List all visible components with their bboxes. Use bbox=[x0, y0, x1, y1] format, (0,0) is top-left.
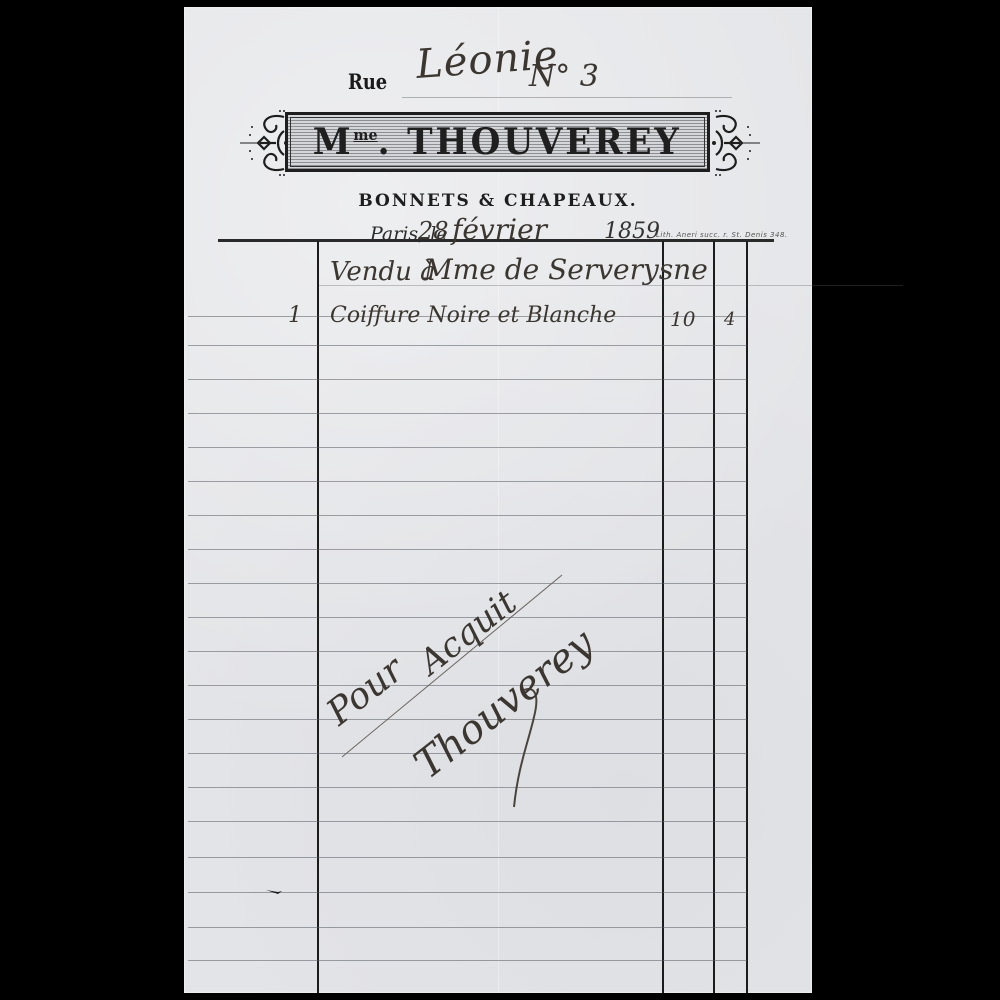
merchant-name: Mme. THOUVEREY bbox=[313, 121, 682, 163]
street-number-handwritten: N° 3 bbox=[529, 59, 599, 94]
street-rule bbox=[402, 97, 732, 98]
ruled-line bbox=[188, 345, 747, 346]
ruled-line bbox=[188, 927, 747, 928]
line-item-quantity: 1 bbox=[288, 303, 302, 328]
ink-mark-icon bbox=[266, 889, 282, 895]
date-day-handwritten: 28 bbox=[418, 217, 449, 245]
line-item-centimes: 4 bbox=[724, 309, 735, 330]
column-divider-centimes bbox=[713, 241, 715, 993]
customer-name: Mme de Serverysne bbox=[424, 253, 708, 286]
line-item-francs: 10 bbox=[670, 307, 695, 331]
trade-subtitle: BONNETS & CHAPEAUX. bbox=[184, 191, 812, 211]
date-year: 1859 bbox=[604, 219, 660, 244]
column-divider-description bbox=[317, 241, 319, 993]
column-divider-francs bbox=[662, 241, 664, 993]
ruled-line bbox=[188, 960, 747, 961]
ruled-line bbox=[188, 549, 747, 550]
invoice-paper: Rue Léonie N° 3 Mme. THOUVEREY bbox=[184, 7, 812, 993]
ruled-line bbox=[188, 515, 747, 516]
ruled-line bbox=[188, 413, 747, 414]
flourish-ornament-left-icon bbox=[240, 107, 290, 179]
ruled-line bbox=[188, 481, 747, 482]
line-item-description: Coiffure Noire et Blanche bbox=[330, 303, 616, 328]
ruled-line bbox=[188, 379, 747, 380]
sold-to-label: Vendu à bbox=[330, 257, 436, 287]
date-month-handwritten: février bbox=[452, 213, 547, 246]
street-label: Rue bbox=[348, 69, 387, 94]
column-divider-right bbox=[746, 241, 748, 993]
printer-imprint: Lith. Aneri succ. r. St. Denis 348. bbox=[656, 231, 788, 239]
ruled-line bbox=[188, 447, 747, 448]
merchant-banner: Mme. THOUVEREY bbox=[285, 112, 710, 172]
ruled-line bbox=[188, 857, 747, 858]
flourish-ornament-right-icon bbox=[710, 107, 760, 179]
ruled-line bbox=[188, 821, 747, 822]
